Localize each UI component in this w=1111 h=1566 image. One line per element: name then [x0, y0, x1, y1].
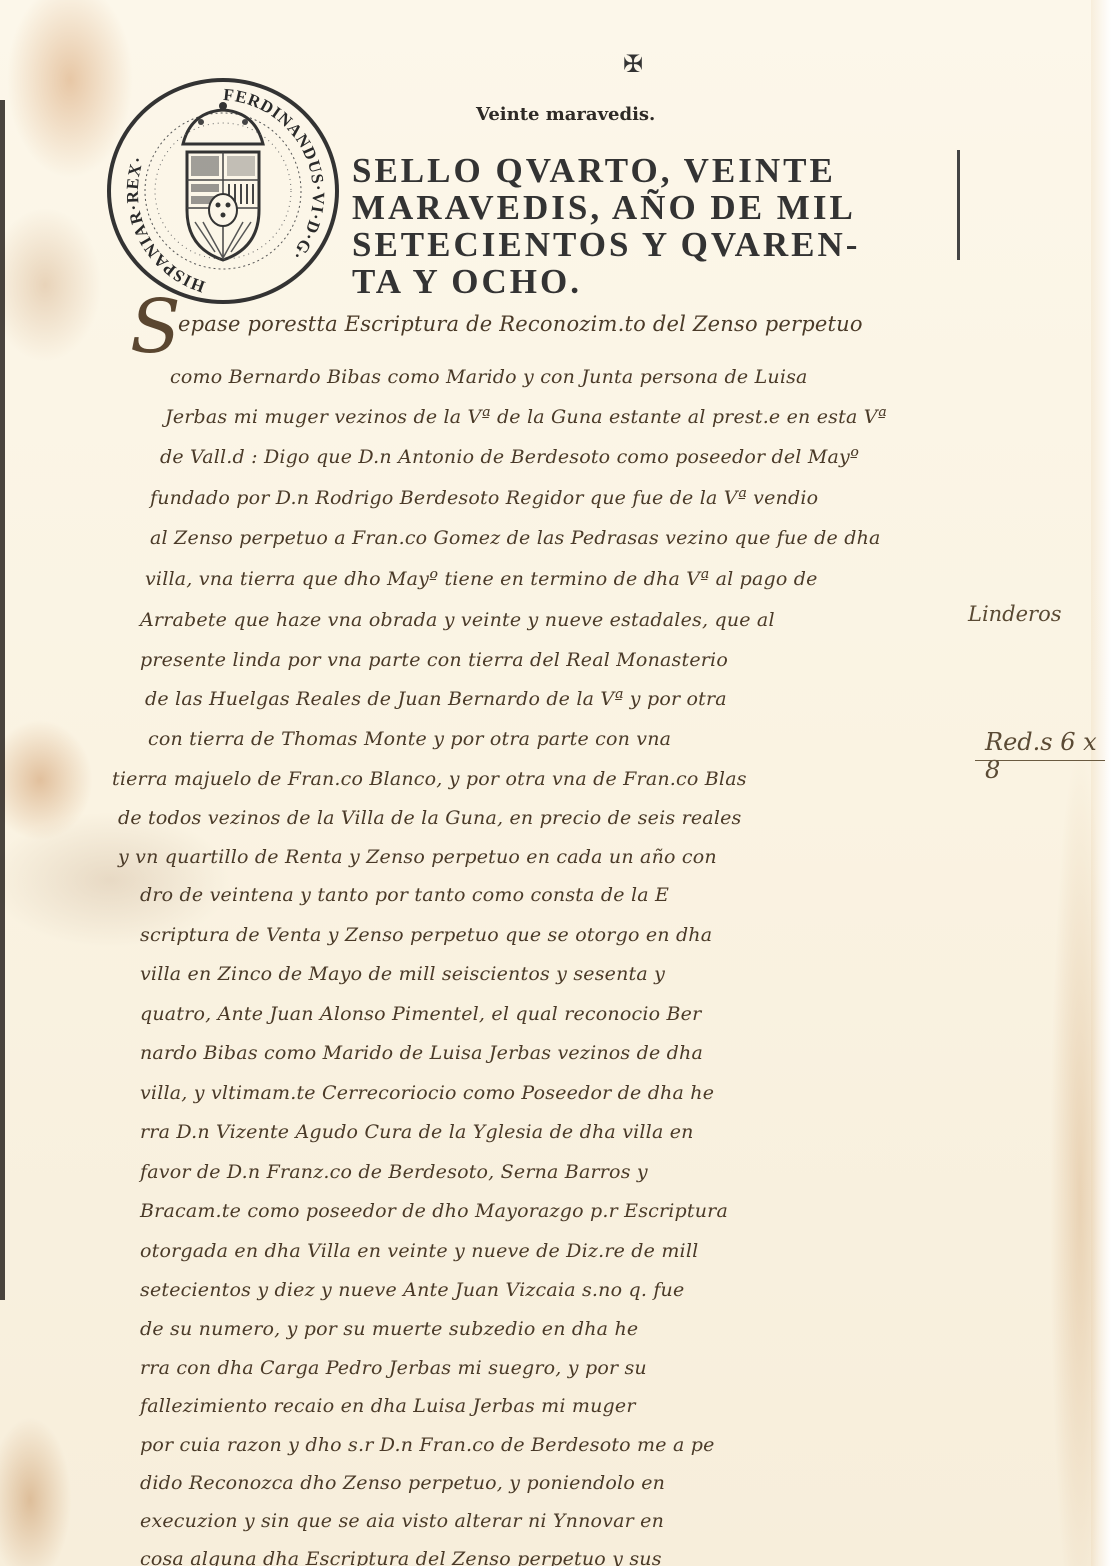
manuscript-line: dido Reconozca dho Zenso perpetuo, y pon…: [140, 1472, 665, 1494]
margin-underline: [975, 760, 1105, 761]
manuscript-line: epase porestta Escriptura de Reconozim.t…: [178, 312, 863, 336]
decorated-initial: S: [130, 290, 181, 364]
manuscript-line: con tierra de Thomas Monte y por otra pa…: [148, 728, 671, 750]
manuscript-line: setecientos y diez y nueve Ante Juan Viz…: [140, 1279, 684, 1301]
manuscript-line: al Zenso perpetuo a Fran.co Gomez de las…: [150, 527, 881, 549]
manuscript-body: S epase porestta Escriptura de Reconozim…: [0, 0, 1111, 1566]
manuscript-line: de su numero, y por su muerte subzedio e…: [140, 1318, 638, 1340]
manuscript-line: fallezimiento recaio en dha Luisa Jerbas…: [140, 1395, 636, 1417]
manuscript-line: villa, y vltimam.te Cerrecoriocio como P…: [140, 1082, 714, 1104]
manuscript-line: de las Huelgas Reales de Juan Bernardo d…: [145, 688, 727, 710]
manuscript-line: villa, vna tierra que dho Mayº tiene en …: [145, 568, 818, 590]
manuscript-line: como Bernardo Bibas como Marido y con Ju…: [170, 366, 808, 388]
manuscript-line: Bracam.te como poseedor de dho Mayorazgo…: [140, 1200, 728, 1222]
paper-background: FERDINANDUS·VI·D·G· HISPANIAR·REX·: [0, 0, 1111, 1566]
manuscript-line: de Vall.d : Digo que D.n Antonio de Berd…: [160, 446, 859, 468]
manuscript-line: rra D.n Vizente Agudo Cura de la Yglesia…: [140, 1121, 694, 1143]
margin-note-reales: Red.s 6 x 8: [985, 728, 1111, 784]
manuscript-line: quatro, Ante Juan Alonso Pimentel, el qu…: [140, 1003, 701, 1025]
manuscript-line: dro de veintena y tanto por tanto como c…: [140, 884, 669, 906]
manuscript-line: cosa alguna dha Escriptura del Zenso per…: [140, 1548, 662, 1566]
manuscript-line: fundado por D.n Rodrigo Berdesoto Regido…: [150, 487, 818, 509]
manuscript-line: por cuia razon y dho s.r D.n Fran.co de …: [140, 1434, 715, 1456]
manuscript-line: rra con dha Carga Pedro Jerbas mi suegro…: [140, 1357, 647, 1379]
manuscript-line: favor de D.n Franz.co de Berdesoto, Sern…: [140, 1161, 648, 1183]
manuscript-line: otorgada en dha Villa en veinte y nueve …: [140, 1240, 698, 1262]
manuscript-line: Arrabete que haze vna obrada y veinte y …: [140, 609, 775, 631]
manuscript-line: presente linda por vna parte con tierra …: [140, 649, 728, 671]
manuscript-line: Jerbas mi muger vezinos de la Vª de la G…: [165, 406, 887, 428]
margin-note-linderos: Linderos: [968, 602, 1062, 626]
manuscript-line: y vn quartillo de Renta y Zenso perpetuo…: [118, 846, 717, 868]
manuscript-line: tierra majuelo de Fran.co Blanco, y por …: [112, 768, 747, 790]
manuscript-line: de todos vezinos de la Villa de la Guna,…: [118, 807, 742, 829]
manuscript-line: execuzion y sin que se aia visto alterar…: [140, 1510, 664, 1532]
manuscript-line: villa en Zinco de Mayo de mill seiscient…: [140, 963, 665, 985]
manuscript-line: scriptura de Venta y Zenso perpetuo que …: [140, 924, 712, 946]
manuscript-line: nardo Bibas como Marido de Luisa Jerbas …: [140, 1042, 703, 1064]
